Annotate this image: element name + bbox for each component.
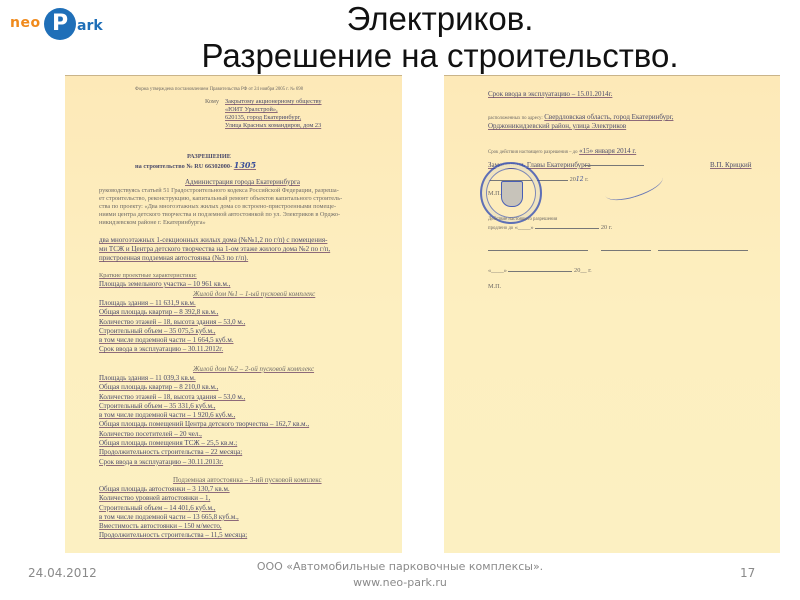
characteristic-item: Общая площадь автостоянки – 3 130,7 кв.м… <box>99 485 247 494</box>
handwritten-signature-icon <box>602 167 666 206</box>
characteristic-item: Строительный объем – 35 331,6 куб.м., <box>99 402 309 411</box>
signature-line <box>584 161 644 169</box>
company-name: ООО «Автомобильные парковочные комплексы… <box>200 559 600 575</box>
characteristic-item: Площадь здания – 11 631,9 кв.м. <box>99 299 245 308</box>
body-line: ства по проекту: «Два многоэтажных жилых… <box>99 203 342 211</box>
characteristic-item: Площадь здания – 11 039,3 кв.м. <box>99 374 309 383</box>
characteristic-item: Строительный объем – 35 075,5 куб.м., <box>99 327 245 336</box>
footer-date: 24.04.2012 <box>28 566 97 580</box>
body-line: никидзевском районе г. Екатеринбурга» <box>99 219 342 227</box>
validity-label: Срок действия настоящего разрешения – до <box>488 150 578 155</box>
company-website[interactable]: www.neo-park.ru <box>200 575 600 591</box>
recipient-line: Закрытому акционерному обществу <box>225 98 322 106</box>
address-line-2: Орджоникидзевский район, улица Электрико… <box>488 122 626 130</box>
slide-title: Электриков. Разрешение на строительство. <box>0 0 800 74</box>
land-area: Площадь земельного участка – 10 961 кв.м… <box>99 280 230 288</box>
extension-line: продлено до «____» 20 г. <box>488 224 612 233</box>
body-text: руководствуясь статьей 51 Градостроитель… <box>99 187 342 227</box>
object-line: пристроенная подземная автостоянка (№3 п… <box>99 254 330 263</box>
extension-label-2: продлено до <box>488 226 513 231</box>
date-day: «____» <box>488 267 507 274</box>
official-stamp-icon <box>480 162 542 224</box>
body-line: руководствуясь статьей 51 Градостроитель… <box>99 187 342 195</box>
address-line-1: Свердловская область, город Екатеринбург… <box>544 113 673 121</box>
issuer: Администрация города Екатеринбурга <box>185 178 300 186</box>
parking-list: Общая площадь автостоянки – 3 130,7 кв.м… <box>99 485 247 541</box>
date-line: «____» 20__ г. <box>488 267 592 275</box>
characteristic-item: в том числе подземной части – 1 920,6 ку… <box>99 411 309 420</box>
characteristic-item: в том числе подземной части – 1 664,5 ку… <box>99 336 245 345</box>
characteristic-item: Общая площадь помещений Центра детского … <box>99 420 309 429</box>
characteristic-item: Общая площадь квартир – 8 210,0 кв.м., <box>99 383 309 392</box>
characteristic-item: Продолжительность строительства – 11,5 м… <box>99 531 247 540</box>
page-number: 17 <box>740 566 755 580</box>
characteristic-item: Продолжительность строительства – 22 мес… <box>99 448 309 457</box>
extension-label-1: Действие настоящего разрешения <box>488 216 557 224</box>
object-line: ми ТСЖ и Центра детского творчества на 1… <box>99 245 330 254</box>
building-1-list: Площадь здания – 11 631,9 кв.м. Общая пл… <box>99 299 245 355</box>
characteristic-item: Количество уровней автостоянки – 1, <box>99 494 247 503</box>
footer-company: ООО «Автомобильные парковочные комплексы… <box>200 559 600 591</box>
validity-line: Срок действия настоящего разрешения – до… <box>488 147 636 157</box>
characteristic-item: Срок ввода в эксплуатацию – 30.11.2012г. <box>99 345 245 354</box>
characteristic-item: Вместимость автостоянки – 150 м/место, <box>99 522 247 531</box>
permit-heading: РАЗРЕШЕНИЕ <box>187 153 231 161</box>
form-note: Форма утверждена постановлением Правител… <box>135 86 303 94</box>
characteristic-item: Общая площадь помещения ТСЖ – 25,5 кв.м.… <box>99 439 309 448</box>
date-year: 20__ г. <box>574 267 592 274</box>
characteristic-item: Количество этажей – 18, высота здания – … <box>99 393 309 402</box>
sign-year-handwritten: 12 <box>576 176 584 183</box>
commissioning-date: Срок ввода в эксплуатацию – 15.01.2014г. <box>488 90 612 98</box>
permit-number-handwritten: 1305 <box>234 160 256 170</box>
title-line-1: Электриков. <box>0 0 800 37</box>
sign-year-suffix: г. <box>585 176 588 183</box>
to-label: Кому <box>205 98 219 106</box>
address-label: расположенных по адресу: <box>488 116 543 121</box>
recipient-line: «ЮИТ Уралстрой», <box>225 106 322 114</box>
recipient-line: 620135, город Екатеринбург, <box>225 114 322 122</box>
object-description: два многоэтажных 1-секционных жилых дома… <box>99 236 330 263</box>
permit-prefix: на строительство № RU 66302000- <box>135 163 232 170</box>
characteristic-item: в том числе подземной части – 13 665,8 к… <box>99 513 247 522</box>
characteristic-item: Количество этажей – 18, высота здания – … <box>99 318 245 327</box>
body-line: ет строительство, реконструкцию, капитал… <box>99 195 342 203</box>
parking-heading: Подземная автостоянка – 3-ий пусковой ко… <box>173 476 322 484</box>
characteristic-item: Количество посетителей – 20 чел., <box>99 430 309 439</box>
building-2-list: Площадь здания – 11 039,3 кв.м. Общая пл… <box>99 374 309 467</box>
signer-name: В.П. Крицкий <box>710 161 752 169</box>
building-1-heading: Жилой дом №1 – 1-ый пусковой комплекс <box>193 290 315 298</box>
extension-day: «____» <box>515 224 534 231</box>
mp-label-2: М.П. <box>488 283 501 291</box>
recipient-block: Закрытому акционерному обществу «ЮИТ Ура… <box>225 98 322 130</box>
recipient-line: Улица Красных командиров, дом 23 <box>225 122 322 130</box>
validity-date: «15» января 2014 г. <box>579 147 636 155</box>
blank-signature-lines <box>488 246 748 254</box>
extension-year: 20 г. <box>601 224 612 231</box>
object-line: два многоэтажных 1-секционных жилых дома… <box>99 236 330 245</box>
building-2-heading: Жилой дом №2 – 2-ой пусковой комплекс <box>193 365 314 373</box>
permit-page-2: Срок ввода в эксплуатацию – 15.01.2014г.… <box>444 75 780 553</box>
permit-number-line: на строительство № RU 66302000- 1305 <box>135 161 256 171</box>
characteristic-item: Строительный объем – 14 401,6 куб.м., <box>99 504 247 513</box>
characteristics-label: Краткие проектные характеристики: <box>99 272 197 280</box>
permit-page-1: Форма утверждена постановлением Правител… <box>65 75 402 553</box>
title-line-2: Разрешение на строительство. <box>0 37 800 74</box>
characteristic-item: Срок ввода в эксплуатацию – 30.11.2013г. <box>99 458 309 467</box>
characteristic-item: Общая площадь квартир – 8 392,8 кв.м., <box>99 308 245 317</box>
body-line: ниями центра детского творчества и подзе… <box>99 211 342 219</box>
coat-of-arms-icon <box>501 181 523 207</box>
